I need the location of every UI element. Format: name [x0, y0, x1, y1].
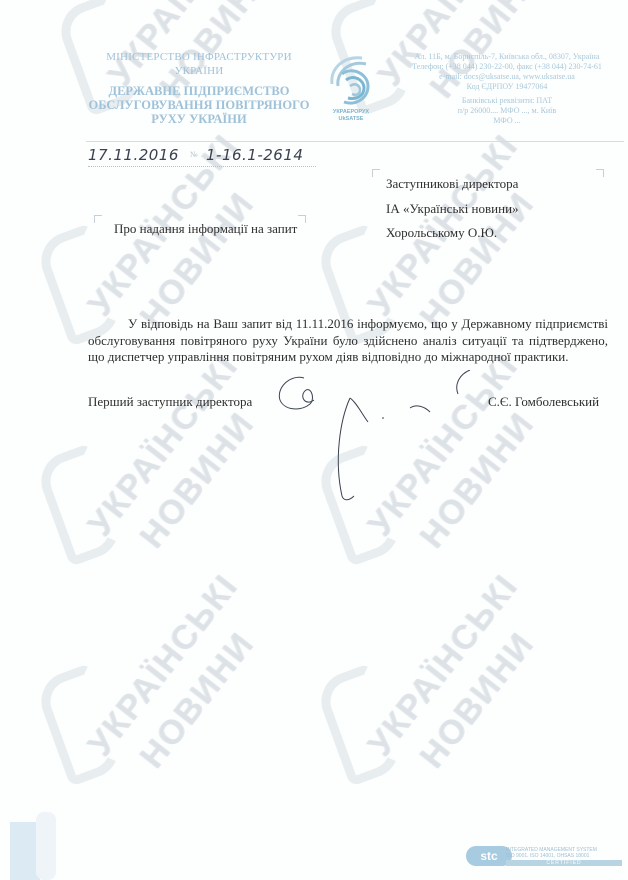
ministry-name: МІНІСТЕРСТВО ІНФРАСТРУКТУРИ УКРАЇНИ [88, 50, 310, 78]
watermark: УКРАЇНСЬКІ НОВИНИ [50, 170, 290, 410]
registration-line: 17.11.2016 № 1-16.1-2614 [88, 142, 328, 168]
addressee-line: ІА «Українські новини» [386, 197, 519, 222]
logo-caption-line: UkSATSE [318, 116, 384, 123]
cert-line: ISO 9001, ISO 14001, OHSAS 18001 [506, 853, 624, 859]
uksatse-logo: УКРАЕРОРУХ UkSATSE [322, 52, 378, 124]
watermark-logo-icon [33, 443, 127, 567]
watermark-logo-icon [313, 663, 407, 787]
frame-corner [298, 215, 306, 223]
watermark-logo-icon [33, 663, 127, 787]
signatory-name: С.Є. Гомболевський [488, 394, 599, 410]
watermark-text: НОВИНИ [412, 625, 542, 776]
frame-corner [94, 215, 102, 223]
watermark-text: НОВИНИ [132, 405, 262, 556]
letter-body: У відповідь на Ваш запит від 11.11.2016 … [88, 316, 608, 366]
registration-date: 17.11.2016 [88, 146, 179, 164]
body-paragraph: У відповідь на Ваш запит від 11.11.2016 … [88, 316, 608, 366]
contact-line: п/р 26000.... МФО ..., м. Київ [392, 106, 622, 116]
certified-bar: CERTIFIED [506, 860, 622, 866]
watermark: УКРАЇНСЬКІ НОВИНИ [50, 610, 290, 850]
watermark-text: УКРАЇНСЬКІ [80, 567, 246, 764]
watermark: УКРАЇНСЬКІ НОВИНИ [50, 390, 290, 630]
watermark-text: НОВИНИ [132, 185, 262, 336]
frame-corner [596, 169, 604, 177]
certification-text: INTEGRATED MANAGEMENT SYSTEM ISO 9001, I… [506, 847, 624, 859]
org-name-line: РУХУ УКРАЇНИ [88, 112, 310, 126]
addressee-line: Хорольському О.Ю. [386, 221, 519, 246]
letter-subject: Про надання інформації на запит [114, 221, 297, 237]
contact-line: Банківські реквізити: ПАТ [392, 96, 622, 106]
signatory-position: Перший заступник директора [88, 394, 252, 410]
watermark-text: УКРАЇНСЬКІ [80, 347, 246, 544]
letterhead-org-block: МІНІСТЕРСТВО ІНФРАСТРУКТУРИ УКРАЇНИ ДЕРЖ… [88, 50, 310, 126]
number-label: № [190, 150, 198, 159]
contact-line: e-mail: docs@uksatse.ua, www.uksatse.ua [392, 72, 622, 82]
logo-caption-line: УКРАЕРОРУХ [318, 109, 384, 116]
logo-caption: УКРАЕРОРУХ UkSATSE [318, 109, 384, 123]
letter-page: УКРАЇНСЬКІ НОВИНИ УКРАЇНСЬКІ НОВИНИ УКРА… [0, 0, 628, 880]
certification-badge: stc INTEGRATED MANAGEMENT SYSTEM ISO 900… [466, 846, 624, 868]
org-name-line: ДЕРЖАВНЕ ПІДПРИЄМСТВО [88, 84, 310, 98]
corner-logo-mark-icon [0, 812, 70, 880]
contact-line: МФО ... [392, 116, 622, 126]
registration-number: 1-16.1-2614 [206, 146, 303, 164]
uksatse-logo-icon [322, 52, 378, 110]
watermark: УКРАЇНСЬКІ НОВИНИ [330, 610, 570, 850]
registration-underline [88, 166, 316, 167]
contact-line: Ал. 11Б, м. Бориспіль-7, Київська обл., … [392, 52, 622, 62]
watermark-text: НОВИНИ [132, 625, 262, 776]
contact-line: Код ЄДРПОУ 19477064 [392, 82, 622, 92]
addressee-line: Заступникові директора [386, 172, 519, 197]
contact-line: Телефон: (+38 044) 230-22-00, факс (+38 … [392, 62, 622, 72]
letterhead-contacts: Ал. 11Б, м. Бориспіль-7, Київська обл., … [392, 52, 622, 126]
addressee-block: Заступникові директора ІА «Українські но… [386, 172, 519, 246]
handwritten-signature-icon [270, 370, 480, 510]
frame-corner [372, 169, 380, 177]
watermark-text: УКРАЇНСЬКІ [360, 567, 526, 764]
org-name-line: ОБСЛУГОВУВАННЯ ПОВІТРЯНОГО [88, 98, 310, 112]
